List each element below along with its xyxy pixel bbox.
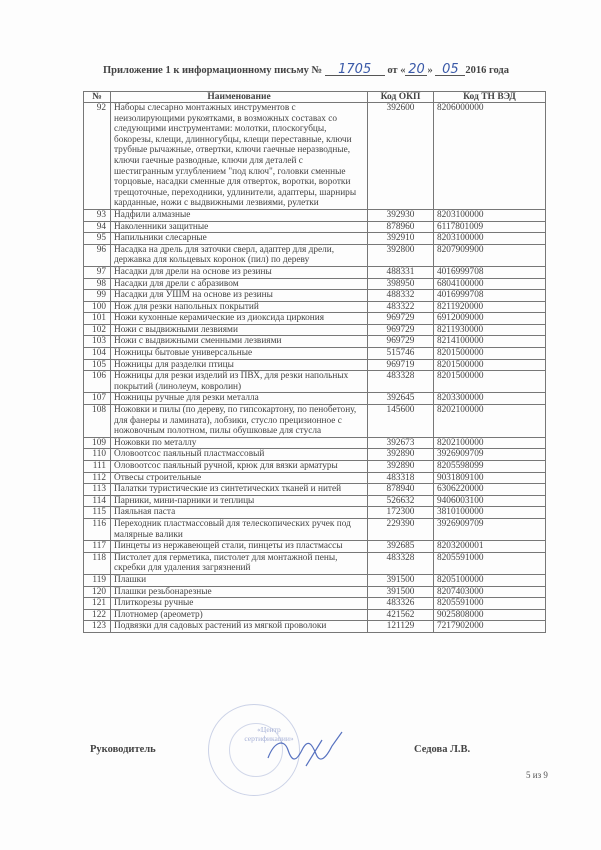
- row-name: Подвязки для садовых растений из мягкой …: [111, 621, 368, 633]
- row-name: Переходник пластмассовый для телескопиче…: [111, 518, 368, 540]
- row-tnved-code: 8203100000: [434, 233, 546, 245]
- row-number: 106: [84, 371, 111, 393]
- row-number: 104: [84, 348, 111, 360]
- table-row: 100Нож для резки напольных покрытий48332…: [84, 301, 546, 313]
- row-number: 102: [84, 324, 111, 336]
- row-tnved-code: 6804100000: [434, 278, 546, 290]
- row-okp-code: 483322: [368, 301, 434, 313]
- row-number: 119: [84, 574, 111, 586]
- row-name: Ножи кухонные керамические из диоксида ц…: [111, 313, 368, 325]
- row-tnved-code: 8207909900: [434, 244, 546, 266]
- row-tnved-code: 9025808000: [434, 609, 546, 621]
- row-number: 103: [84, 336, 111, 348]
- row-tnved-code: 8205591000: [434, 552, 546, 574]
- row-tnved-code: 8205598099: [434, 461, 546, 473]
- row-okp-code: 392930: [368, 209, 434, 221]
- row-name: Ножницы для резки изделий из ПВХ, для ре…: [111, 371, 368, 393]
- row-number: 107: [84, 393, 111, 405]
- row-number: 97: [84, 266, 111, 278]
- col-header-okp: Код ОКП: [368, 92, 434, 103]
- row-tnved-code: 8211920000: [434, 301, 546, 313]
- table-row: 116Переходник пластмассовый для телескоп…: [84, 518, 546, 540]
- row-okp-code: 392890: [368, 461, 434, 473]
- row-okp-code: 515746: [368, 348, 434, 360]
- row-name: Насадки для УШМ на основе из резины: [111, 290, 368, 302]
- row-okp-code: 969729: [368, 324, 434, 336]
- row-okp-code: 391500: [368, 586, 434, 598]
- table-row: 102Ножи с выдвижными лезвиями96972982119…: [84, 324, 546, 336]
- row-okp-code: 172300: [368, 507, 434, 519]
- row-name: Ножи с выдвижными сменными лезвиями: [111, 336, 368, 348]
- row-name: Ножницы бытовые универсальные: [111, 348, 368, 360]
- table-row: 108Ножовки и пилы (по дереву, по гипсока…: [84, 405, 546, 438]
- table-row: 94Наколенники защитные8789606117801009: [84, 221, 546, 233]
- col-header-number: №: [84, 92, 111, 103]
- row-number: 101: [84, 313, 111, 325]
- table-row: 103Ножи с выдвижными сменными лезвиями96…: [84, 336, 546, 348]
- page-indicator: 5 из 9: [526, 770, 548, 780]
- row-number: 114: [84, 495, 111, 507]
- row-name: Пинцеты из нержавеющей стали, пинцеты из…: [111, 541, 368, 553]
- table-row: 117Пинцеты из нержавеющей стали, пинцеты…: [84, 541, 546, 553]
- signature-icon: [262, 728, 352, 772]
- table-row: 111Оловоотсос паяльный ручной, крюк для …: [84, 461, 546, 473]
- row-name: Паяльная паста: [111, 507, 368, 519]
- row-okp-code: 392600: [368, 103, 434, 210]
- date-year: 2016 года: [465, 65, 509, 76]
- row-tnved-code: 8205100000: [434, 574, 546, 586]
- row-okp-code: 392910: [368, 233, 434, 245]
- row-number: 105: [84, 359, 111, 371]
- row-okp-code: 391500: [368, 574, 434, 586]
- row-name: Плиткорезы ручные: [111, 598, 368, 610]
- letter-number: 1705: [325, 64, 385, 76]
- row-tnved-code: 8202100000: [434, 405, 546, 438]
- row-number: 96: [84, 244, 111, 266]
- table-row: 93Надфили алмазные3929308203100000: [84, 209, 546, 221]
- row-name: Надфили алмазные: [111, 209, 368, 221]
- row-name: Ножницы ручные для резки металла: [111, 393, 368, 405]
- row-name: Нож для резки напольных покрытий: [111, 301, 368, 313]
- row-name: Наборы слесарно монтажных инструментов с…: [111, 103, 368, 210]
- row-tnved-code: 8203300000: [434, 393, 546, 405]
- row-name: Насадки для дрели с абразивом: [111, 278, 368, 290]
- row-tnved-code: 8205591000: [434, 598, 546, 610]
- row-okp-code: 145600: [368, 405, 434, 438]
- col-header-name: Наименование: [111, 92, 368, 103]
- table-row: 122Плотномер (ареометр)4215629025808000: [84, 609, 546, 621]
- row-number: 111: [84, 461, 111, 473]
- row-tnved-code: 8201500000: [434, 359, 546, 371]
- row-name: Пистолет для герметика, пистолет для мон…: [111, 552, 368, 574]
- row-number: 94: [84, 221, 111, 233]
- row-number: 123: [84, 621, 111, 633]
- row-name: Наколенники защитные: [111, 221, 368, 233]
- row-okp-code: 483328: [368, 552, 434, 574]
- row-okp-code: 392685: [368, 541, 434, 553]
- table-row: 123Подвязки для садовых растений из мягк…: [84, 621, 546, 633]
- row-name: Отвесы строительные: [111, 472, 368, 484]
- row-tnved-code: 8207403000: [434, 586, 546, 598]
- row-tnved-code: 8203100000: [434, 209, 546, 221]
- row-okp-code: 878940: [368, 484, 434, 496]
- row-okp-code: 483318: [368, 472, 434, 484]
- table-row: 96Насадка на дрель для заточки сверл, ад…: [84, 244, 546, 266]
- row-okp-code: 878960: [368, 221, 434, 233]
- row-number: 98: [84, 278, 111, 290]
- row-tnved-code: 6117801009: [434, 221, 546, 233]
- table-row: 95Напильники слесарные3929108203100000: [84, 233, 546, 245]
- date-mid: »: [427, 65, 432, 76]
- table-row: 104Ножницы бытовые универсальные51574682…: [84, 348, 546, 360]
- row-okp-code: 483328: [368, 371, 434, 393]
- row-okp-code: 229390: [368, 518, 434, 540]
- row-number: 113: [84, 484, 111, 496]
- row-okp-code: 392645: [368, 393, 434, 405]
- row-number: 121: [84, 598, 111, 610]
- table-row: 98Насадки для дрели с абразивом398950680…: [84, 278, 546, 290]
- table-row: 115Паяльная паста1723003810100000: [84, 507, 546, 519]
- date-month: 05: [435, 64, 465, 76]
- table-row: 118Пистолет для герметика, пистолет для …: [84, 552, 546, 574]
- row-okp-code: 398950: [368, 278, 434, 290]
- signer-role: Руководитель: [90, 744, 156, 755]
- table-row: 113Палатки туристические из синтетически…: [84, 484, 546, 496]
- row-number: 108: [84, 405, 111, 438]
- row-okp-code: 969729: [368, 336, 434, 348]
- table-row: 121Плиткорезы ручные4833268205591000: [84, 598, 546, 610]
- row-tnved-code: 3810100000: [434, 507, 546, 519]
- row-number: 120: [84, 586, 111, 598]
- row-name: Ножовки по металлу: [111, 437, 368, 449]
- row-okp-code: 969719: [368, 359, 434, 371]
- row-number: 118: [84, 552, 111, 574]
- table-row: 101Ножи кухонные керамические из диоксид…: [84, 313, 546, 325]
- row-okp-code: 969729: [368, 313, 434, 325]
- row-tnved-code: 8201500000: [434, 348, 546, 360]
- table-row: 112Отвесы строительные4833189031809100: [84, 472, 546, 484]
- row-number: 99: [84, 290, 111, 302]
- row-name: Ножницы для разделки птицы: [111, 359, 368, 371]
- row-okp-code: 483326: [368, 598, 434, 610]
- document-title: Приложение 1 к информационному письму № …: [103, 64, 509, 76]
- row-number: 93: [84, 209, 111, 221]
- row-tnved-code: 6912009000: [434, 313, 546, 325]
- table-header-row: № Наименование Код ОКП Код ТН ВЭД: [84, 92, 546, 103]
- row-tnved-code: 4016999708: [434, 290, 546, 302]
- row-number: 122: [84, 609, 111, 621]
- table-row: 97Насадки для дрели на основе из резины4…: [84, 266, 546, 278]
- table-row: 107Ножницы ручные для резки металла39264…: [84, 393, 546, 405]
- row-tnved-code: 8203200001: [434, 541, 546, 553]
- row-okp-code: 526632: [368, 495, 434, 507]
- table-row: 105Ножницы для разделки птицы96971982015…: [84, 359, 546, 371]
- row-name: Ножовки и пилы (по дереву, по гипсокарто…: [111, 405, 368, 438]
- table-row: 119Плашки3915008205100000: [84, 574, 546, 586]
- row-tnved-code: 8202100000: [434, 437, 546, 449]
- row-name: Оловоотсос паяльный ручной, крюк для вяз…: [111, 461, 368, 473]
- row-tnved-code: 7217902000: [434, 621, 546, 633]
- row-okp-code: 392890: [368, 449, 434, 461]
- row-name: Парники, мини-парники и теплицы: [111, 495, 368, 507]
- row-tnved-code: 8214100000: [434, 336, 546, 348]
- row-name: Плотномер (ареометр): [111, 609, 368, 621]
- row-okp-code: 392800: [368, 244, 434, 266]
- row-tnved-code: 3926909709: [434, 449, 546, 461]
- table-row: 114Парники, мини-парники и теплицы526632…: [84, 495, 546, 507]
- row-name: Насадка на дрель для заточки сверл, адап…: [111, 244, 368, 266]
- row-number: 117: [84, 541, 111, 553]
- row-name: Насадки для дрели на основе из резины: [111, 266, 368, 278]
- row-name: Палатки туристические из синтетических т…: [111, 484, 368, 496]
- signer-name: Седова Л.В.: [414, 744, 470, 755]
- row-tnved-code: 9406003100: [434, 495, 546, 507]
- row-tnved-code: 4016999708: [434, 266, 546, 278]
- col-header-tnved: Код ТН ВЭД: [434, 92, 546, 103]
- row-name: Плашки: [111, 574, 368, 586]
- row-number: 100: [84, 301, 111, 313]
- date-day: 20: [405, 64, 427, 76]
- row-okp-code: 488332: [368, 290, 434, 302]
- products-table: № Наименование Код ОКП Код ТН ВЭД 92Набо…: [83, 91, 546, 633]
- row-number: 116: [84, 518, 111, 540]
- table-row: 106Ножницы для резки изделий из ПВХ, для…: [84, 371, 546, 393]
- date-from-label: от «: [387, 65, 405, 76]
- row-name: Ножи с выдвижными лезвиями: [111, 324, 368, 336]
- table-row: 92Наборы слесарно монтажных инструментов…: [84, 103, 546, 210]
- row-tnved-code: 6306220000: [434, 484, 546, 496]
- row-number: 112: [84, 472, 111, 484]
- row-name: Плашки резьбонарезные: [111, 586, 368, 598]
- table-row: 110Оловоотсос паяльный пластмассовый3928…: [84, 449, 546, 461]
- table-row: 99Насадки для УШМ на основе из резины488…: [84, 290, 546, 302]
- row-number: 92: [84, 103, 111, 210]
- row-okp-code: 392673: [368, 437, 434, 449]
- row-number: 110: [84, 449, 111, 461]
- row-tnved-code: 8201500000: [434, 371, 546, 393]
- row-number: 95: [84, 233, 111, 245]
- title-prefix: Приложение 1 к информационному письму №: [103, 65, 322, 76]
- table-row: 120Плашки резьбонарезные3915008207403000: [84, 586, 546, 598]
- row-okp-code: 488331: [368, 266, 434, 278]
- row-tnved-code: 9031809100: [434, 472, 546, 484]
- row-number: 109: [84, 437, 111, 449]
- row-okp-code: 421562: [368, 609, 434, 621]
- row-name: Оловоотсос паяльный пластмассовый: [111, 449, 368, 461]
- row-tnved-code: 3926909709: [434, 518, 546, 540]
- row-number: 115: [84, 507, 111, 519]
- row-name: Напильники слесарные: [111, 233, 368, 245]
- row-okp-code: 121129: [368, 621, 434, 633]
- row-tnved-code: 8206000000: [434, 103, 546, 210]
- row-tnved-code: 8211930000: [434, 324, 546, 336]
- table-row: 109Ножовки по металлу3926738202100000: [84, 437, 546, 449]
